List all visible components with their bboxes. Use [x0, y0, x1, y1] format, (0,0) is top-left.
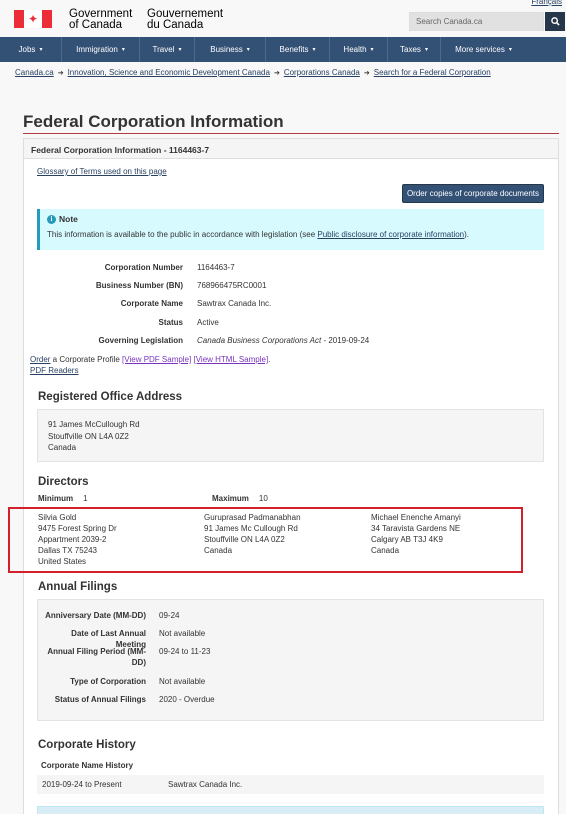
chevron-down-icon: ▾ [247, 46, 250, 53]
row-label: Anniversary Date (MM-DD) [39, 610, 159, 621]
director-address-line: United States [38, 556, 117, 567]
director-address-line: Stouffville ON L4A 0Z2 [204, 534, 301, 545]
main-menu: Jobs▾ Immigration▾ Travel▾ Business▾ Ben… [0, 37, 566, 62]
corporate-history-heading: Corporate History [38, 739, 136, 751]
page-title: Federal Corporation Information [23, 112, 284, 132]
director-2: Guruprasad Padmanabhan 91 James Mc Cullo… [204, 512, 301, 556]
annual-filings-heading: Annual Filings [38, 581, 117, 593]
legislation-date: - 2019-09-24 [321, 336, 369, 345]
address-line: 91 James McCullough Rd [48, 419, 533, 431]
row-value: Canada Business Corporations Act - 2019-… [197, 336, 369, 345]
note-title-text: Note [59, 214, 78, 224]
type-of-corporation-row: Type of Corporation Not available [39, 676, 205, 687]
minimum-value: 1 [83, 494, 87, 503]
flag-bar-right [42, 10, 52, 28]
menu-label: Immigration [76, 45, 118, 54]
governing-legislation-row: Governing Legislation Canada Business Co… [23, 336, 369, 345]
row-value: 09-24 [159, 610, 179, 621]
menu-label: Travel [153, 45, 175, 54]
flag-bar-left [14, 10, 24, 28]
corporate-name-history-heading: Corporate Name History [41, 761, 133, 770]
arrow-right-icon: ➔ [58, 69, 64, 77]
row-label: Status [23, 318, 197, 327]
menu-label: Benefits [280, 45, 309, 54]
history-period: 2019-09-24 to Present [37, 780, 168, 789]
director-address-line: Canada [204, 545, 301, 556]
menu-item-jobs[interactable]: Jobs▾ [0, 37, 62, 62]
minimum-label: Minimum [38, 494, 73, 503]
menu-item-benefits[interactable]: Benefits▾ [266, 37, 330, 62]
maple-leaf-icon: ✦ [24, 10, 42, 28]
chevron-down-icon: ▾ [178, 46, 181, 53]
directors-maximum: Maximum10 [212, 494, 268, 503]
row-label: Corporation Number [23, 263, 197, 272]
public-disclosure-link[interactable]: Public disclosure of corporate informati… [317, 230, 464, 239]
canada-flag-logo[interactable]: ✦ [14, 10, 52, 28]
info-icon: i [47, 215, 56, 224]
status-badge: Active [197, 318, 219, 327]
signature-en-line2: of Canada [69, 20, 132, 31]
menu-item-travel[interactable]: Travel▾ [140, 37, 195, 62]
director-address-line: Canada [371, 545, 461, 556]
directors-minimum: Minimum1 [38, 494, 88, 503]
pdf-readers-link[interactable]: PDF Readers [30, 366, 78, 375]
order-profile-text: a Corporate Profile [50, 355, 122, 364]
row-label: Type of Corporation [39, 676, 159, 687]
director-name: Silvia Gold [38, 512, 117, 523]
row-label: Business Number (BN) [23, 281, 197, 290]
note-alert: i Note This information is available to … [37, 209, 544, 250]
director-address-line: 91 James Mc Cullough Rd [204, 523, 301, 534]
row-value: 768966475RC0001 [197, 281, 266, 290]
row-label: Annual Filing Period (MM-DD) [39, 646, 159, 668]
chevron-down-icon: ▾ [509, 46, 512, 53]
legislation-name: Canada Business Corporations Act [197, 336, 321, 345]
menu-label: Jobs [19, 45, 36, 54]
breadcrumb-ised[interactable]: Innovation, Science and Economic Develop… [68, 68, 270, 77]
signature-fr-line2: du Canada [147, 20, 223, 31]
row-value: 1164463-7 [197, 263, 235, 272]
director-address-line: Dallas TX 75243 [38, 545, 117, 556]
chevron-down-icon: ▾ [39, 46, 42, 53]
director-address-line: 34 Taravista Gardens NE [371, 523, 461, 534]
status-row: Status Active [23, 318, 219, 327]
arrow-right-icon: ➔ [364, 69, 370, 77]
breadcrumb-corporations-canada[interactable]: Corporations Canada [284, 68, 360, 77]
order-copies-button[interactable]: Order copies of corporate documents [402, 184, 544, 203]
director-1: Silvia Gold 9475 Forest Spring Dr Appart… [38, 512, 117, 567]
breadcrumb-search-federal-corporation[interactable]: Search for a Federal Corporation [374, 68, 491, 77]
address-line: Stouffville ON L4A 0Z2 [48, 431, 533, 443]
menu-item-immigration[interactable]: Immigration▾ [62, 37, 140, 62]
menu-label: More services [455, 45, 505, 54]
panel-heading: Federal Corporation Information - 116446… [24, 139, 558, 159]
chevron-down-icon: ▾ [371, 46, 374, 53]
breadcrumb: Canada.ca ➔ Innovation, Science and Econ… [15, 68, 491, 77]
signature-french: Gouvernement du Canada [147, 9, 223, 31]
row-value: 2020 - Overdue [159, 694, 215, 705]
chevron-down-icon: ▾ [312, 46, 315, 53]
registered-office-well: 91 James McCullough Rd Stouffville ON L4… [37, 409, 544, 462]
arrow-right-icon: ➔ [274, 69, 280, 77]
note-text-before: This information is available to the pub… [47, 230, 317, 239]
registered-office-heading: Registered Office Address [38, 391, 182, 403]
menu-item-taxes[interactable]: Taxes▾ [388, 37, 441, 62]
director-name: Michael Enenche Amanyi [371, 512, 461, 523]
chevron-down-icon: ▾ [425, 46, 428, 53]
row-label: Corporate Name [23, 299, 197, 308]
order-profile-link[interactable]: Order [30, 355, 50, 364]
table-row: 2019-09-24 to Present Sawtrax Canada Inc… [37, 775, 544, 794]
address-line: Canada [48, 442, 533, 454]
annual-filing-period-row: Annual Filing Period (MM-DD) 09-24 to 11… [39, 646, 210, 668]
note-text-after: ). [464, 230, 469, 239]
director-address-line: 9475 Forest Spring Dr [38, 523, 117, 534]
breadcrumb-canada-ca[interactable]: Canada.ca [15, 68, 54, 77]
menu-label: Health [343, 45, 366, 54]
search-button[interactable] [545, 12, 565, 31]
note-text: This information is available to the pub… [47, 230, 537, 239]
menu-item-more-services[interactable]: More services▾ [441, 37, 526, 62]
note-title: i Note [47, 214, 537, 224]
profile-links: Order a Corporate Profile [View PDF Samp… [30, 354, 270, 376]
info-box-partial [37, 806, 544, 814]
title-divider [23, 133, 559, 134]
history-name: Sawtrax Canada Inc. [168, 780, 242, 789]
maximum-label: Maximum [212, 494, 249, 503]
directors-heading: Directors [38, 476, 89, 488]
chevron-down-icon: ▾ [122, 46, 125, 53]
anniversary-date-row: Anniversary Date (MM-DD) 09-24 [39, 610, 179, 621]
view-html-sample-link[interactable]: [View HTML Sample] [194, 355, 269, 364]
registered-office-address: 91 James McCullough Rd Stouffville ON L4… [38, 410, 543, 463]
director-address-line: Appartment 2039-2 [38, 534, 117, 545]
row-value: 09-24 to 11-23 [159, 646, 210, 668]
row-label: Governing Legislation [23, 336, 197, 345]
site-header: ✦ Government of Canada Gouvernement du C… [0, 0, 566, 37]
menu-item-health[interactable]: Health▾ [330, 37, 388, 62]
menu-label: Business [210, 45, 242, 54]
signature-english: Government of Canada [69, 9, 132, 31]
menu-item-business[interactable]: Business▾ [195, 37, 266, 62]
director-name: Guruprasad Padmanabhan [204, 512, 301, 523]
search-input[interactable]: Search Canada.ca [409, 12, 544, 31]
glossary-link[interactable]: Glossary of Terms used on this page [37, 167, 167, 176]
row-label: Status of Annual Filings [39, 694, 159, 705]
suffix: . [268, 355, 270, 364]
row-value: Not available [159, 676, 205, 687]
maximum-value: 10 [259, 494, 268, 503]
row-value: Sawtrax Canada Inc. [197, 299, 271, 308]
search-icon [551, 17, 560, 26]
status-annual-filings-row: Status of Annual Filings 2020 - Overdue [39, 694, 215, 705]
corporate-name-row: Corporate Name Sawtrax Canada Inc. [23, 299, 271, 308]
business-number-row: Business Number (BN) 768966475RC0001 [23, 281, 266, 290]
director-3: Michael Enenche Amanyi 34 Taravista Gard… [371, 512, 461, 556]
corp-number-row: Corporation Number 1164463-7 [23, 263, 235, 272]
menu-label: Taxes [400, 45, 421, 54]
director-address-line: Calgary AB T3J 4K9 [371, 534, 461, 545]
view-pdf-sample-link[interactable]: [View PDF Sample] [122, 355, 191, 364]
